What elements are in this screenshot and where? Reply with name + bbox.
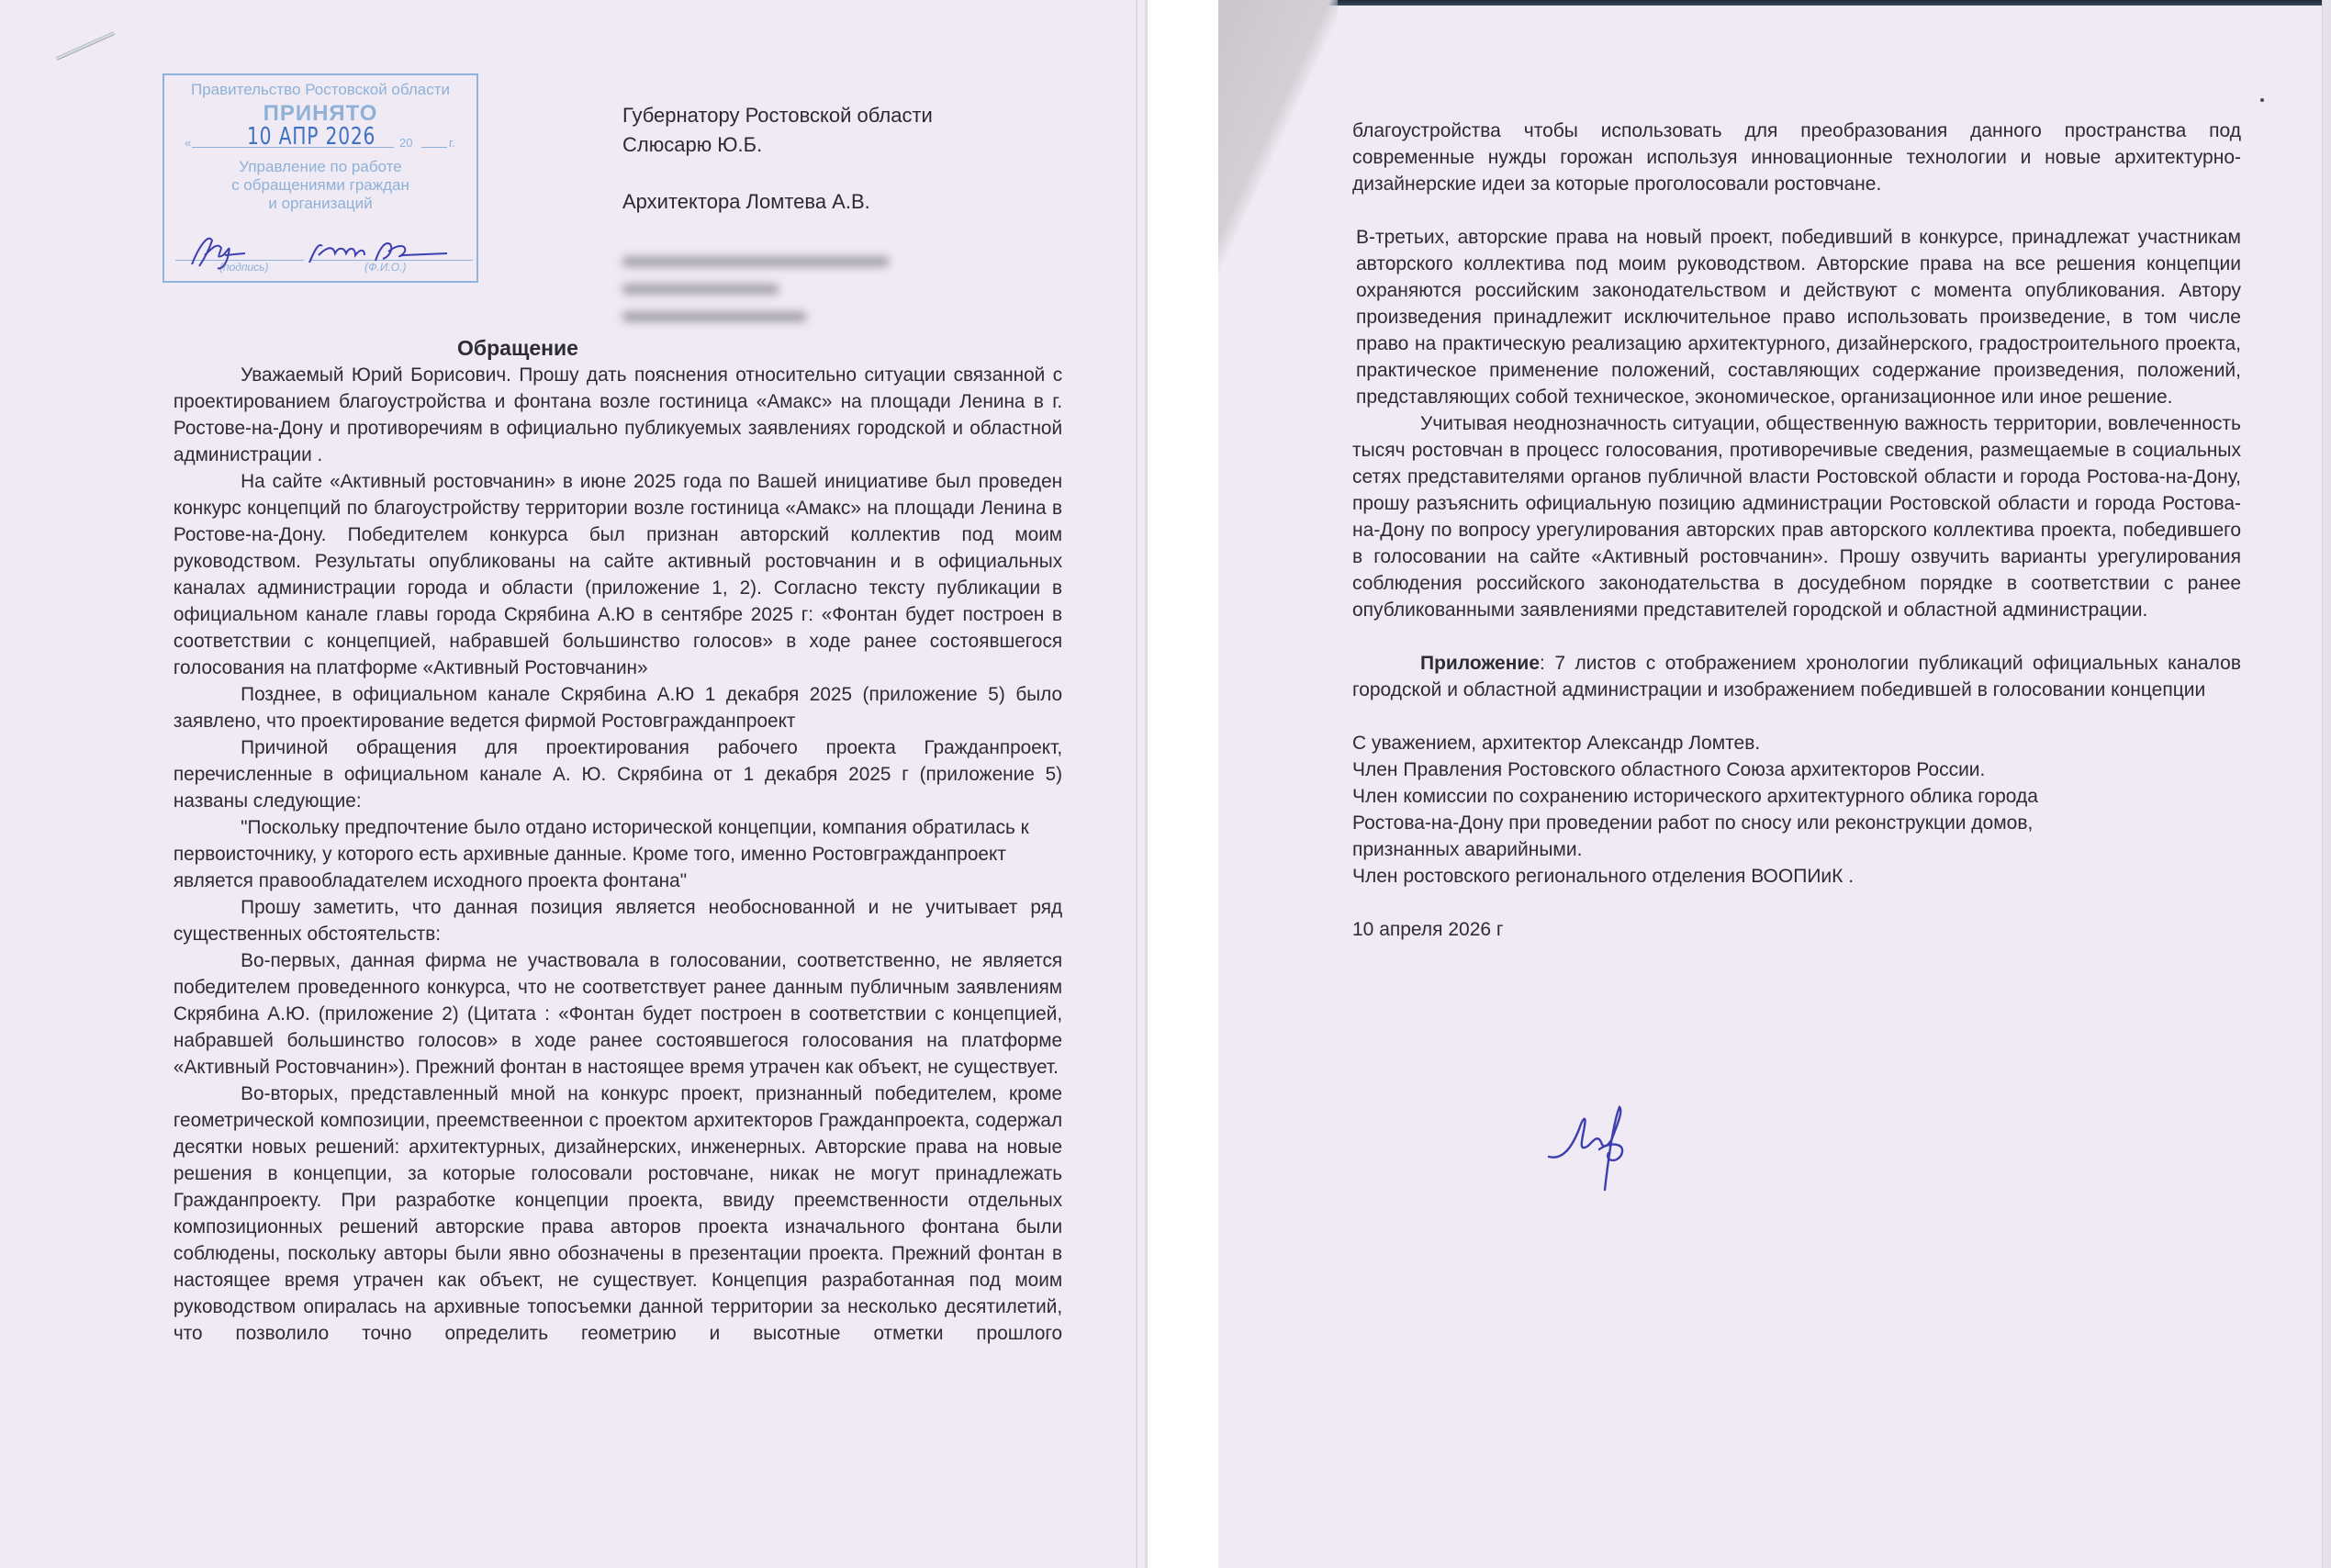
paragraph: Причиной обращения для проектирования ра… bbox=[174, 734, 1062, 814]
signature-line: признанных аварийными. bbox=[1352, 836, 2241, 863]
staple-mark bbox=[55, 31, 116, 61]
folded-corner bbox=[1218, 0, 1338, 275]
signature-line: С уважением, архитектор Александр Ломтев… bbox=[1352, 730, 2241, 756]
addressee-line: Губернатору Ростовской области bbox=[622, 101, 933, 130]
page-2: благоустройства чтобы использовать для п… bbox=[1218, 0, 2331, 1568]
paragraph: Позднее, в официальном канале Скрябина А… bbox=[174, 681, 1062, 734]
stamp-department: Управление по работе с обращениями гражд… bbox=[164, 158, 476, 213]
addressee-block: Губернатору Ростовской области Слюсарю Ю… bbox=[622, 101, 933, 217]
paragraph: Во-вторых, представленный мной на конкур… bbox=[174, 1081, 1062, 1347]
signature-block: С уважением, архитектор Александр Ломтев… bbox=[1352, 730, 2241, 943]
paragraph: благоустройства чтобы использовать для п… bbox=[1352, 118, 2241, 197]
signature-line: Член Правления Ростовского областного Со… bbox=[1352, 756, 2241, 783]
page-title: Обращение bbox=[169, 336, 867, 361]
paragraph: Прошу заметить, что данная позиция являе… bbox=[174, 894, 1062, 947]
addressee-line: Слюсарю Ю.Б. bbox=[622, 130, 933, 160]
page-edge bbox=[2322, 0, 2331, 1568]
sender-line: Архитектора Ломтева А.В. bbox=[622, 187, 933, 217]
stamp-year-line bbox=[421, 147, 447, 148]
stamp-dept-line: Управление по работе bbox=[164, 158, 476, 176]
letter-body-page-1: Уважаемый Юрий Борисович. Прошу дать поя… bbox=[174, 362, 1062, 1347]
page-1: Правительство Ростовской области ПРИНЯТО… bbox=[0, 0, 1148, 1568]
letter-body-page-2: благоустройства чтобы использовать для п… bbox=[1352, 118, 2241, 943]
signature-line: Член комиссии по сохранению историческог… bbox=[1352, 783, 2241, 810]
redacted-contact-info bbox=[622, 257, 898, 349]
stamp-year-prefix: 20 bbox=[399, 136, 412, 150]
stamp-dept-line: и организаций bbox=[164, 195, 476, 213]
received-stamp: Правительство Ростовской области ПРИНЯТО… bbox=[162, 73, 478, 283]
paragraph: Уважаемый Юрий Борисович. Прошу дать поя… bbox=[174, 362, 1062, 468]
stamp-quote: « bbox=[185, 136, 191, 150]
stamp-org: Правительство Ростовской области bbox=[164, 81, 476, 99]
paragraph: В-третьих, авторские права на новый прое… bbox=[1352, 224, 2241, 410]
attachment-paragraph: Приложение: 7 листов с отображением хрон… bbox=[1352, 650, 2241, 703]
stamp-date-row: « 10 АПР 2026 20 г. bbox=[164, 127, 476, 154]
paragraph: Во-первых, данная фирма не участвовала в… bbox=[174, 947, 1062, 1081]
scan-speck bbox=[2260, 98, 2264, 102]
attachment-label: Приложение bbox=[1420, 653, 1540, 674]
quote-paragraph: "Поскольку предпочтение было отдано исто… bbox=[174, 814, 1062, 894]
stamp-date-value: 10 АПР 2026 bbox=[247, 123, 375, 151]
stamp-signature-row: (подпись) (Ф.И.О.) bbox=[172, 228, 469, 274]
letter-date: 10 апреля 2026 г bbox=[1352, 916, 2241, 943]
signature-line: Член ростовского регионального отделения… bbox=[1352, 863, 2241, 890]
stamp-dept-line: с обращениями граждан bbox=[164, 176, 476, 195]
author-signature-icon bbox=[1544, 1102, 1654, 1203]
stamp-year-suffix: г. bbox=[449, 136, 455, 150]
handwritten-signature-icon bbox=[172, 228, 475, 274]
paragraph: На сайте «Активный ростовчанин» в июне 2… bbox=[174, 468, 1062, 681]
paragraph: Учитывая неоднозначность ситуации, общес… bbox=[1352, 410, 2241, 623]
scan-edge-strip bbox=[1218, 0, 2331, 6]
signature-line: Ростова-на-Дону при проведении работ по … bbox=[1352, 810, 2241, 836]
